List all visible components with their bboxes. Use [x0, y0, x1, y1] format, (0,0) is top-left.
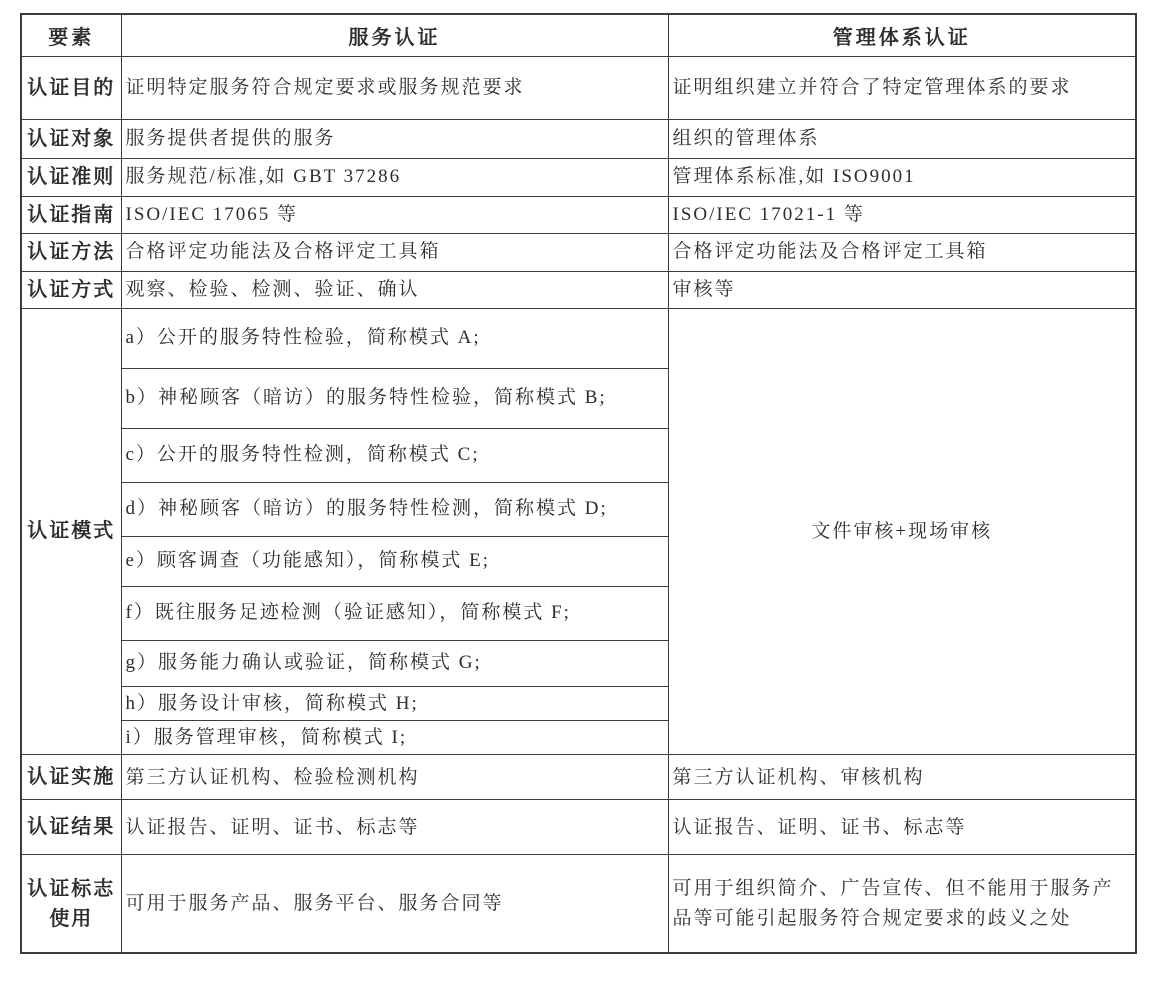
management-cell: 认证报告、证明、证书、标志等: [668, 800, 1136, 855]
service-cell: 第三方认证机构、检验检测机构: [121, 755, 668, 800]
header-element: 要素: [21, 14, 121, 56]
row-cert-method: 认证方法 合格评定功能法及合格评定工具箱 合格评定功能法及合格评定工具箱: [21, 233, 1136, 271]
row-cert-criteria: 认证准则 服务规范/标准,如 GBT 37286 管理体系标准,如 ISO900…: [21, 158, 1136, 196]
mode-item-cell: f）既往服务足迹检测（验证感知），简称模式 F;: [121, 586, 668, 640]
management-cell: 证明组织建立并符合了特定管理体系的要求: [668, 56, 1136, 119]
row-label: 认证方式: [21, 271, 121, 308]
mode-item-cell: g）服务能力确认或验证，简称模式 G;: [121, 640, 668, 686]
management-cell: 可用于组织简介、广告宣传、但不能用于服务产品等可能引起服务符合规定要求的歧义之处: [668, 855, 1136, 953]
row-cert-guide: 认证指南 ISO/IEC 17065 等 ISO/IEC 17021-1 等: [21, 196, 1136, 233]
management-cell: 审核等: [668, 271, 1136, 308]
row-label-cert-modes: 认证模式: [21, 308, 121, 755]
service-cell: 服务提供者提供的服务: [121, 119, 668, 158]
service-cell: 合格评定功能法及合格评定工具箱: [121, 233, 668, 271]
row-cert-purpose: 认证目的 证明特定服务符合规定要求或服务规范要求 证明组织建立并符合了特定管理体…: [21, 56, 1136, 119]
service-cell: 观察、检验、检测、验证、确认: [121, 271, 668, 308]
mode-item-cell: e）顾客调查（功能感知），简称模式 E;: [121, 536, 668, 586]
service-cell: 证明特定服务符合规定要求或服务规范要求: [121, 56, 668, 119]
mode-item-cell: a）公开的服务特性检验，简称模式 A;: [121, 308, 668, 368]
management-cell: 合格评定功能法及合格评定工具箱: [668, 233, 1136, 271]
header-row: 要素 服务认证 管理体系认证: [21, 14, 1136, 56]
row-cert-implementation: 认证实施 第三方认证机构、检验检测机构 第三方认证机构、审核机构: [21, 755, 1136, 800]
management-cell: 组织的管理体系: [668, 119, 1136, 158]
row-label: 认证方法: [21, 233, 121, 271]
certification-comparison-table: 要素 服务认证 管理体系认证 认证目的 证明特定服务符合规定要求或服务规范要求 …: [20, 13, 1137, 954]
row-label: 认证结果: [21, 800, 121, 855]
mode-item-cell: b）神秘顾客（暗访）的服务特性检验，简称模式 B;: [121, 368, 668, 428]
row-label: 认证标志使用: [21, 855, 121, 953]
service-cell: ISO/IEC 17065 等: [121, 196, 668, 233]
row-cert-mode-a: 认证模式 a）公开的服务特性检验，简称模式 A; 文件审核+现场审核: [21, 308, 1136, 368]
management-cell: 管理体系标准,如 ISO9001: [668, 158, 1136, 196]
row-label: 认证目的: [21, 56, 121, 119]
row-cert-means: 认证方式 观察、检验、检测、验证、确认 审核等: [21, 271, 1136, 308]
page-body: 要素 服务认证 管理体系认证 认证目的 证明特定服务符合规定要求或服务规范要求 …: [0, 0, 1154, 954]
management-cell: ISO/IEC 17021-1 等: [668, 196, 1136, 233]
row-cert-mark-usage: 认证标志使用 可用于服务产品、服务平台、服务合同等 可用于组织简介、广告宣传、但…: [21, 855, 1136, 953]
row-label: 认证对象: [21, 119, 121, 158]
management-merged-cell: 文件审核+现场审核: [668, 308, 1136, 755]
row-label: 认证实施: [21, 755, 121, 800]
header-service-certification: 服务认证: [121, 14, 668, 56]
mode-item-cell: d）神秘顾客（暗访）的服务特性检测，简称模式 D;: [121, 482, 668, 536]
mode-item-cell: i）服务管理审核，简称模式 I;: [121, 720, 668, 754]
service-cell: 可用于服务产品、服务平台、服务合同等: [121, 855, 668, 953]
service-cell: 服务规范/标准,如 GBT 37286: [121, 158, 668, 196]
row-cert-result: 认证结果 认证报告、证明、证书、标志等 认证报告、证明、证书、标志等: [21, 800, 1136, 855]
mode-item-cell: c）公开的服务特性检测，简称模式 C;: [121, 428, 668, 482]
row-label: 认证准则: [21, 158, 121, 196]
mode-item-cell: h）服务设计审核，简称模式 H;: [121, 686, 668, 720]
row-label: 认证指南: [21, 196, 121, 233]
management-cell: 第三方认证机构、审核机构: [668, 755, 1136, 800]
header-management-system-certification: 管理体系认证: [668, 14, 1136, 56]
row-cert-object: 认证对象 服务提供者提供的服务 组织的管理体系: [21, 119, 1136, 158]
service-cell: 认证报告、证明、证书、标志等: [121, 800, 668, 855]
